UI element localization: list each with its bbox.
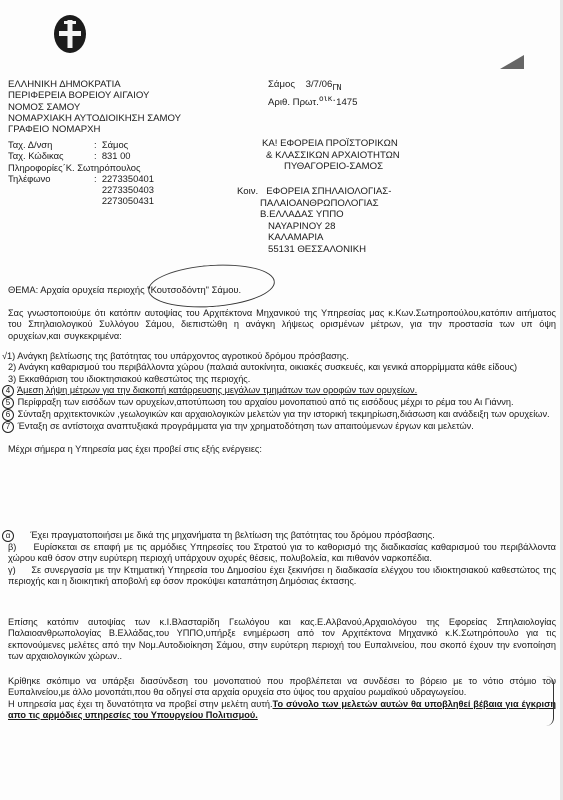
list-item: 4 Άμεση λήψη μέτρων για την διακοπή κατά… [8, 385, 556, 397]
contact-row: 2273050431 [8, 195, 154, 206]
circled-number-icon: 5 [2, 397, 14, 409]
contact-value: 2273050431 [102, 195, 154, 206]
cc-line: ΕΦΟΡΕΙΑ ΣΠΗΛΑΙΟΛΟΓΙΑΣ- [266, 186, 391, 197]
list-item: √1) Ανάγκη βελτίωσης της βατότητας του υ… [8, 351, 556, 362]
list-item: α Έχει πραγματοποιήσει με δικά της μηχαν… [8, 530, 556, 542]
contact-value: 831 00 [102, 150, 131, 161]
paragraph-path-link: Κρίθηκε σκόπιμο να υπάρξει διασύνδεση το… [8, 676, 556, 699]
handwritten-brace-mark [543, 676, 554, 726]
greek-coat-of-arms-icon [52, 12, 88, 56]
intro-paragraph: Σας γνωστοποιούμε ότι κατόπιν αυτοψίας τ… [8, 308, 556, 342]
place-label: Σάμος [268, 79, 295, 90]
issuer-line: ΠΕΡΙΦΕΡΕΙΑ ΒΟΡΕΙΟΥ ΑΙΓΑΙΟΥ [8, 90, 181, 101]
issuer-line: ΝΟΜΟΣ ΣΑΜΟΥ [8, 102, 181, 113]
list-item: 5 Περίφραξη των εισόδων των ορυχείων,απο… [8, 397, 556, 409]
contact-value: Σάμος [102, 139, 128, 150]
issuer-line: ΝΟΜΑΡΧΙΑΚΗ ΑΥΤΟΔΙΟΙΚΗΣΗ ΣΑΜΟΥ [8, 113, 181, 124]
circled-letter-icon: α [2, 530, 14, 542]
scan-artifact [500, 55, 524, 69]
list-item: 6 Σύνταξη αρχιτεκτονικών ,γεωλογικών και… [8, 409, 556, 421]
contact-block: Ταχ. Δ/νση: Σάμος Ταχ. Κώδικας: 831 00 Π… [8, 139, 154, 207]
list-item: γ) Σε συνεργασία με την Κτηματική Υπηρεσ… [8, 565, 556, 588]
contact-value: ΄Κ. Σωτηρόπουλος [63, 162, 141, 173]
contact-label: Ταχ. Κώδικας [8, 150, 94, 161]
issuer-line: ΓΡΑΦΕΙΟ ΝΟΜΑΡΧΗ [8, 124, 181, 135]
date-protocol-block: Σάμος 3/7/06ΓΝ Αριθ. Πρωτ.οικ.1475 [268, 79, 357, 108]
paragraph-conclusion: Κρίθηκε σκόπιμο να υπάρξει διασύνδεση το… [8, 676, 556, 721]
subject-line: ΘΕΜΑ: Αρχαία ορυχεία περιοχής "Κουτσοδόν… [8, 284, 241, 295]
paragraph-final: Η υπηρεσία μας έχει τη δυνατότητα να προ… [8, 699, 556, 722]
needs-list: √1) Ανάγκη βελτίωσης της βατότητας του υ… [8, 351, 556, 455]
contact-row: Ταχ. Δ/νση: Σάμος [8, 139, 154, 150]
contact-value: 2273350401 [102, 173, 154, 184]
list-item: 3) Εκκαθάριση του ιδιοκτησιακού καθεστώτ… [8, 374, 556, 385]
list-item: 2) Ανάγκη καθαρισμού του περιβάλλοντα χώ… [8, 362, 556, 373]
cc-line: Β.ΕΛΛΑΔΑΣ ΥΠΠΟ [237, 209, 391, 221]
recipient-line: ΠΥΘΑΓΟΡΕΙΟ-ΣΑΜΟΣ [262, 161, 400, 173]
cc-label: Κοιν. [237, 186, 258, 197]
issuer-line: ΕΛΛΗΝΙΚΗ ΔΗΜΟΚΡΑΤΙΑ [8, 79, 181, 90]
list-item: β) Ευρίσκεται σε επαφή με τις αρμόδιες Υ… [8, 542, 556, 565]
contact-row: Τηλέφωνο: 2273350401 [8, 173, 154, 184]
recipient-line: ΚΑ! ΕΦΟΡΕΙΑ ΠΡΟΪΣΤΟΡΙΚΩΝ [262, 138, 400, 150]
contact-label: Πληροφορίες [8, 162, 63, 173]
contact-label: Τηλέφωνο [8, 173, 94, 184]
subject-label: ΘΕΜΑ: Αρχαία ορυχεία περιοχής [8, 284, 147, 295]
date-handwritten-note: ΓΝ [332, 83, 341, 92]
paragraph-site-visit: Επίσης κατόπιν αυτοψίας των κ.Ι.Βλασταρί… [8, 617, 556, 662]
issuer-block: ΕΛΛΗΝΙΚΗ ΔΗΜΟΚΡΑΤΙΑ ΠΕΡΙΦΕΡΕΙΑ ΒΟΡΕΙΟΥ Α… [8, 79, 181, 135]
contact-label: Ταχ. Δ/νση [8, 139, 94, 150]
cc-line: ΠΑΛΑΙΟΑΝΘΡΩΠΟΛΟΓΙΑΣ [237, 198, 391, 210]
contact-row: Πληροφορίες΄Κ. Σωτηρόπουλος [8, 162, 154, 173]
cc-line: ΚΑΛΑΜΑΡΙΑ [237, 232, 391, 244]
protocol-number: 1475 [336, 97, 357, 108]
list-item: 7 Ένταξη σε αντίστοιχα αναπτυξιακά προγρ… [8, 421, 556, 433]
contact-row: 2273350403 [8, 184, 154, 195]
date-value: 3/7/06 [306, 79, 333, 90]
actions-intro: Μέχρι σήμερα η Υπηρεσία μας έχει προβεί … [8, 444, 556, 455]
circled-number-icon: 4 [2, 385, 14, 397]
subject-highlight: "Κουτσοδόντη" Σάμου. [147, 284, 241, 295]
cc-block: Κοιν. ΕΦΟΡΕΙΑ ΣΠΗΛΑΙΟΛΟΓΙΑΣ- ΠΑΛΑΙΟΑΝΘΡΩ… [237, 186, 391, 256]
contact-row: Ταχ. Κώδικας: 831 00 [8, 150, 154, 161]
protocol-prefix: οικ. [319, 94, 336, 103]
recipient-block: ΚΑ! ΕΦΟΡΕΙΑ ΠΡΟΪΣΤΟΡΙΚΩΝ & ΚΛΑΣΣΙΚΩΝ ΑΡΧ… [262, 138, 400, 173]
cc-line: ΝΑΥΑΡΙΝΟΥ 28 [237, 221, 391, 233]
contact-value: 2273350403 [102, 184, 154, 195]
actions-list: α Έχει πραγματοποιήσει με δικά της μηχαν… [8, 530, 556, 587]
recipient-line: & ΚΛΑΣΣΙΚΩΝ ΑΡΧΑΙΟΤΗΤΩΝ [262, 150, 400, 162]
cc-line: 55131 ΘΕΣΣΑΛΟΝΙΚΗ [237, 244, 391, 256]
circled-number-icon: 7 [2, 421, 14, 433]
protocol-label: Αριθ. Πρωτ. [268, 97, 319, 108]
circled-number-icon: 6 [2, 409, 14, 421]
